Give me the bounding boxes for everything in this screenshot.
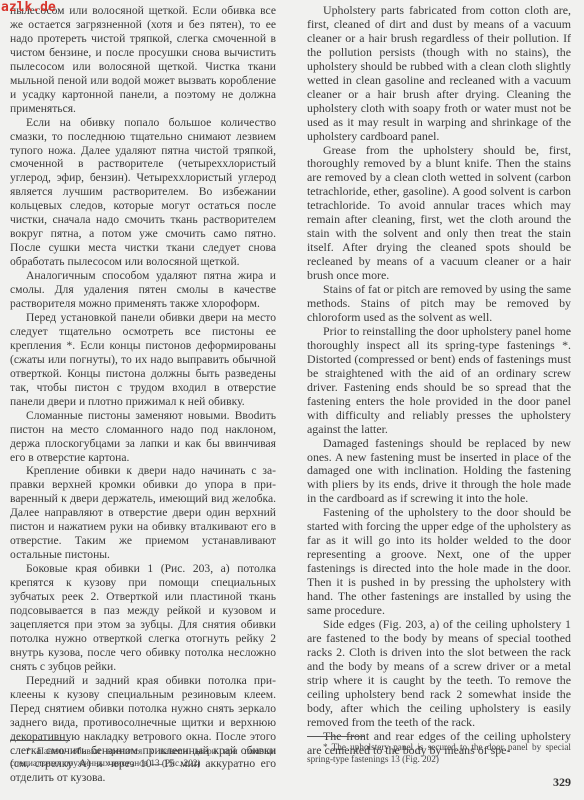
paragraph: пылесосом или волосяной щеткой. Если оби… xyxy=(10,4,276,116)
paragraph: Grease from the upholstery should be, fi… xyxy=(307,144,571,284)
paragraph: Side edges (Fig. 203, a) of the ceiling … xyxy=(307,618,571,730)
paragraph: Крепление обивки к двери надо начинать с… xyxy=(10,464,276,562)
footnote-divider xyxy=(10,740,70,741)
footnote-text: * Панель обивки крепится к панели двери … xyxy=(10,746,276,769)
left-column-russian: пылесосом или волосяной щеткой. Если оби… xyxy=(10,4,276,785)
paragraph: Damaged fastenings should be replaced by… xyxy=(307,437,571,507)
paragraph: Аналогичным способом удаляют пятна жира … xyxy=(10,269,276,311)
paragraph: Stains of fat or pitch are removed by us… xyxy=(307,283,571,325)
paragraph: Боковые края обивки 1 (Рис. 203, а) пото… xyxy=(10,562,276,674)
paragraph: Перед установкой панели обивки двери на … xyxy=(10,311,276,409)
paragraph: Если на обивку попало большое количество… xyxy=(10,116,276,269)
footnote-text: * The upholstery panel is secured to the… xyxy=(307,742,571,765)
footnote-english: * The upholstery panel is secured to the… xyxy=(307,742,571,765)
right-column-english: Upholstery parts fabricated from cotton … xyxy=(307,4,571,757)
watermark: azlk.de xyxy=(1,1,56,15)
paragraph: Upholstery parts fabricated from cotton … xyxy=(307,4,571,144)
footnote-russian: * Панель обивки крепится к панели двери … xyxy=(10,746,276,769)
paragraph: Fastening of the upholstery to the door … xyxy=(307,506,571,618)
page-number: 329 xyxy=(553,775,571,790)
paragraph: Prior to reinstalling the door upholster… xyxy=(307,325,571,437)
footnote-divider xyxy=(307,736,365,737)
paragraph: Сломанные пистоны заменяют новыми. Вво­d… xyxy=(10,409,276,465)
